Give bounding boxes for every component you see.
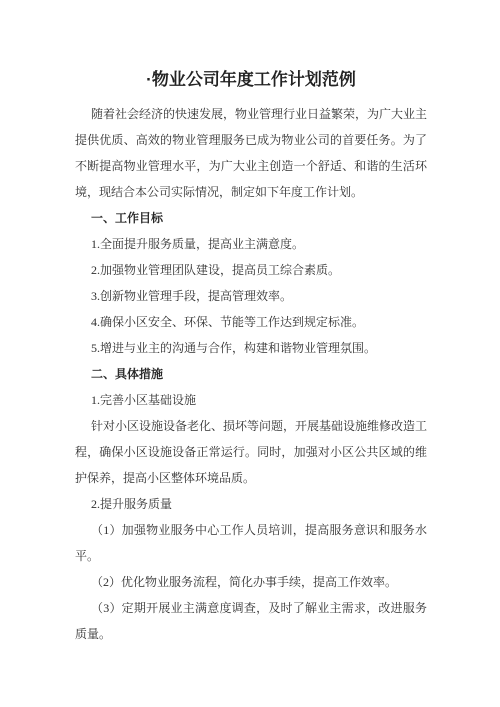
section-heading-specific-measures: 二、具体措施 (75, 361, 427, 387)
measure-item-1-title: 1.完善小区基础设施 (75, 387, 427, 413)
intro-paragraph: 随着社会经济的快速发展，物业管理行业日益繁荣，为广大业主提供优质、高效的物业管理… (75, 101, 427, 205)
goal-item-5: 5.增进与业主的沟通与合作，构建和谐物业管理氛围。 (75, 335, 427, 361)
section-heading-work-goals: 一、工作目标 (75, 205, 427, 231)
measure-sub-item-1: （1）加强物业服务中心工作人员培训，提高服务意识和服务水平。 (75, 517, 427, 569)
goal-item-4: 4.确保小区安全、环保、节能等工作达到规定标准。 (75, 309, 427, 335)
measure-item-1-detail: 针对小区设施设备老化、损坏等问题，开展基础设施维修改造工程，确保小区设施设备正常… (75, 413, 427, 491)
goal-item-2: 2.加强物业管理团队建设，提高员工综合素质。 (75, 257, 427, 283)
measure-sub-item-2: （2）优化物业服务流程，简化办事手续，提高工作效率。 (75, 569, 427, 595)
document-page: ·物业公司年度工作计划范例 随着社会经济的快速发展，物业管理行业日益繁荣，为广大… (0, 0, 500, 707)
measure-item-2-title: 2.提升服务质量 (75, 491, 427, 517)
document-content: ·物业公司年度工作计划范例 随着社会经济的快速发展，物业管理行业日益繁荣，为广大… (75, 0, 427, 647)
measure-sub-item-3: （3）定期开展业主满意度调查，及时了解业主需求，改进服务质量。 (75, 595, 427, 647)
document-title: ·物业公司年度工作计划范例 (75, 66, 427, 94)
goal-item-1: 1.全面提升服务质量，提高业主满意度。 (75, 231, 427, 257)
goal-item-3: 3.创新物业管理手段，提高管理效率。 (75, 283, 427, 309)
